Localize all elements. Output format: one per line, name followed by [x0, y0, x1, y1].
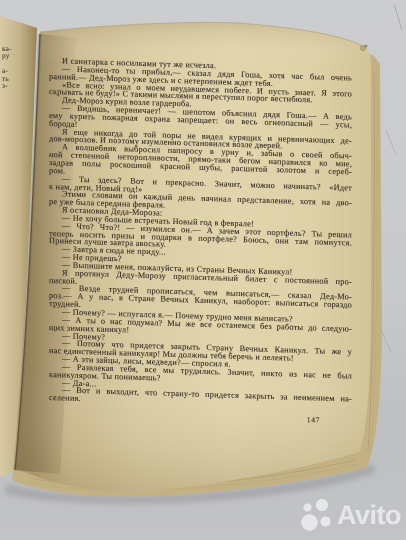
avito-wordmark: Avito [337, 502, 401, 529]
left-page-fragment: з- [2, 82, 18, 90]
left-page-fragments: ка-ру а-тьз- [2, 45, 18, 90]
text-lines: И санитарка с носилками тут же исчезла.—… [49, 57, 352, 412]
avito-watermark: Avito [299, 497, 401, 533]
photo-canvas: { "watermark": { "brand": "Avito" }, "co… [0, 0, 406, 540]
avito-logo-icon [299, 497, 335, 533]
page-text: И санитарка с носилками тут же исчезла.—… [49, 57, 352, 426]
left-page-fragment: ру [2, 52, 18, 60]
